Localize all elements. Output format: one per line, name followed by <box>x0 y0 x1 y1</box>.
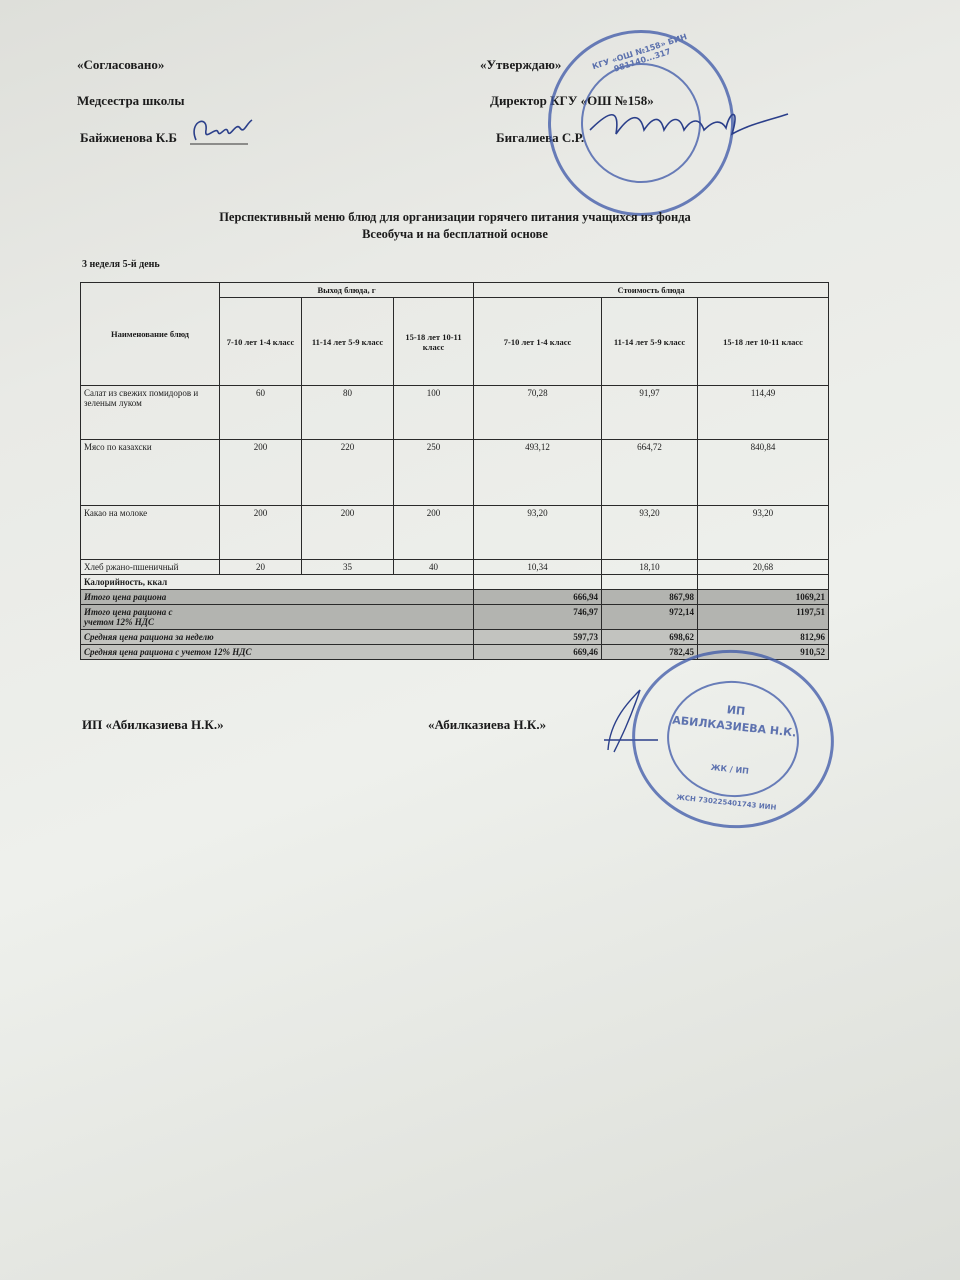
nurse-signature-icon <box>186 112 256 150</box>
header-cost-col: 11-14 лет 5-9 класс <box>602 298 698 386</box>
header-cost-col: 15-18 лет 10-11 класс <box>698 298 829 386</box>
menu-table: Наименование блюд Выход блюда, г Стоимос… <box>80 282 829 660</box>
table-row: Хлеб ржано-пшеничный 20 35 40 10,34 18,1… <box>81 560 829 575</box>
title-line-1: Перспективный меню блюд для организации … <box>180 209 730 226</box>
footer-signatory: «Абилказиева Н.К.» <box>428 717 546 733</box>
table-row: Салат из свежих помидоров и зеленым луко… <box>81 386 829 440</box>
director-signature-icon <box>580 100 790 150</box>
summary-row: Средняя цена рациона за неделю 597,73 69… <box>81 630 829 645</box>
nurse-position: Медсестра школы <box>77 93 185 109</box>
summary-row: Итого цена рациона 666,94 867,98 1069,21 <box>81 590 829 605</box>
header-yield-group: Выход блюда, г <box>220 283 474 298</box>
calories-row: Калорийность, ккал <box>81 575 829 590</box>
header-yield-col: 7-10 лет 1-4 класс <box>220 298 302 386</box>
approve-label-right: «Утверждаю» <box>480 57 561 73</box>
table-row: Мясо по казахски 200 220 250 493,12 664,… <box>81 440 829 506</box>
header-dish-name: Наименование блюд <box>81 283 220 386</box>
header-yield-col: 15-18 лет 10-11 класс <box>394 298 474 386</box>
title-line-2: Всеобуча и на бесплатной основе <box>180 226 730 243</box>
week-day-label: 3 неделя 5-й день <box>82 259 160 270</box>
header-cost-group: Стоимость блюда <box>474 283 829 298</box>
summary-row: Итого цена рациона с учетом 12% НДС 746,… <box>81 605 829 630</box>
header-cost-col: 7-10 лет 1-4 класс <box>474 298 602 386</box>
footer-entrepreneur: ИП «Абилказиева Н.К.» <box>82 717 224 733</box>
header-yield-col: 11-14 лет 5-9 класс <box>302 298 394 386</box>
document-title: Перспективный меню блюд для организации … <box>180 209 730 243</box>
nurse-name: Байжиенова К.Б <box>80 130 177 146</box>
table-row: Какао на молоке 200 200 200 93,20 93,20 … <box>81 506 829 560</box>
approved-label-left: «Согласовано» <box>77 57 164 73</box>
